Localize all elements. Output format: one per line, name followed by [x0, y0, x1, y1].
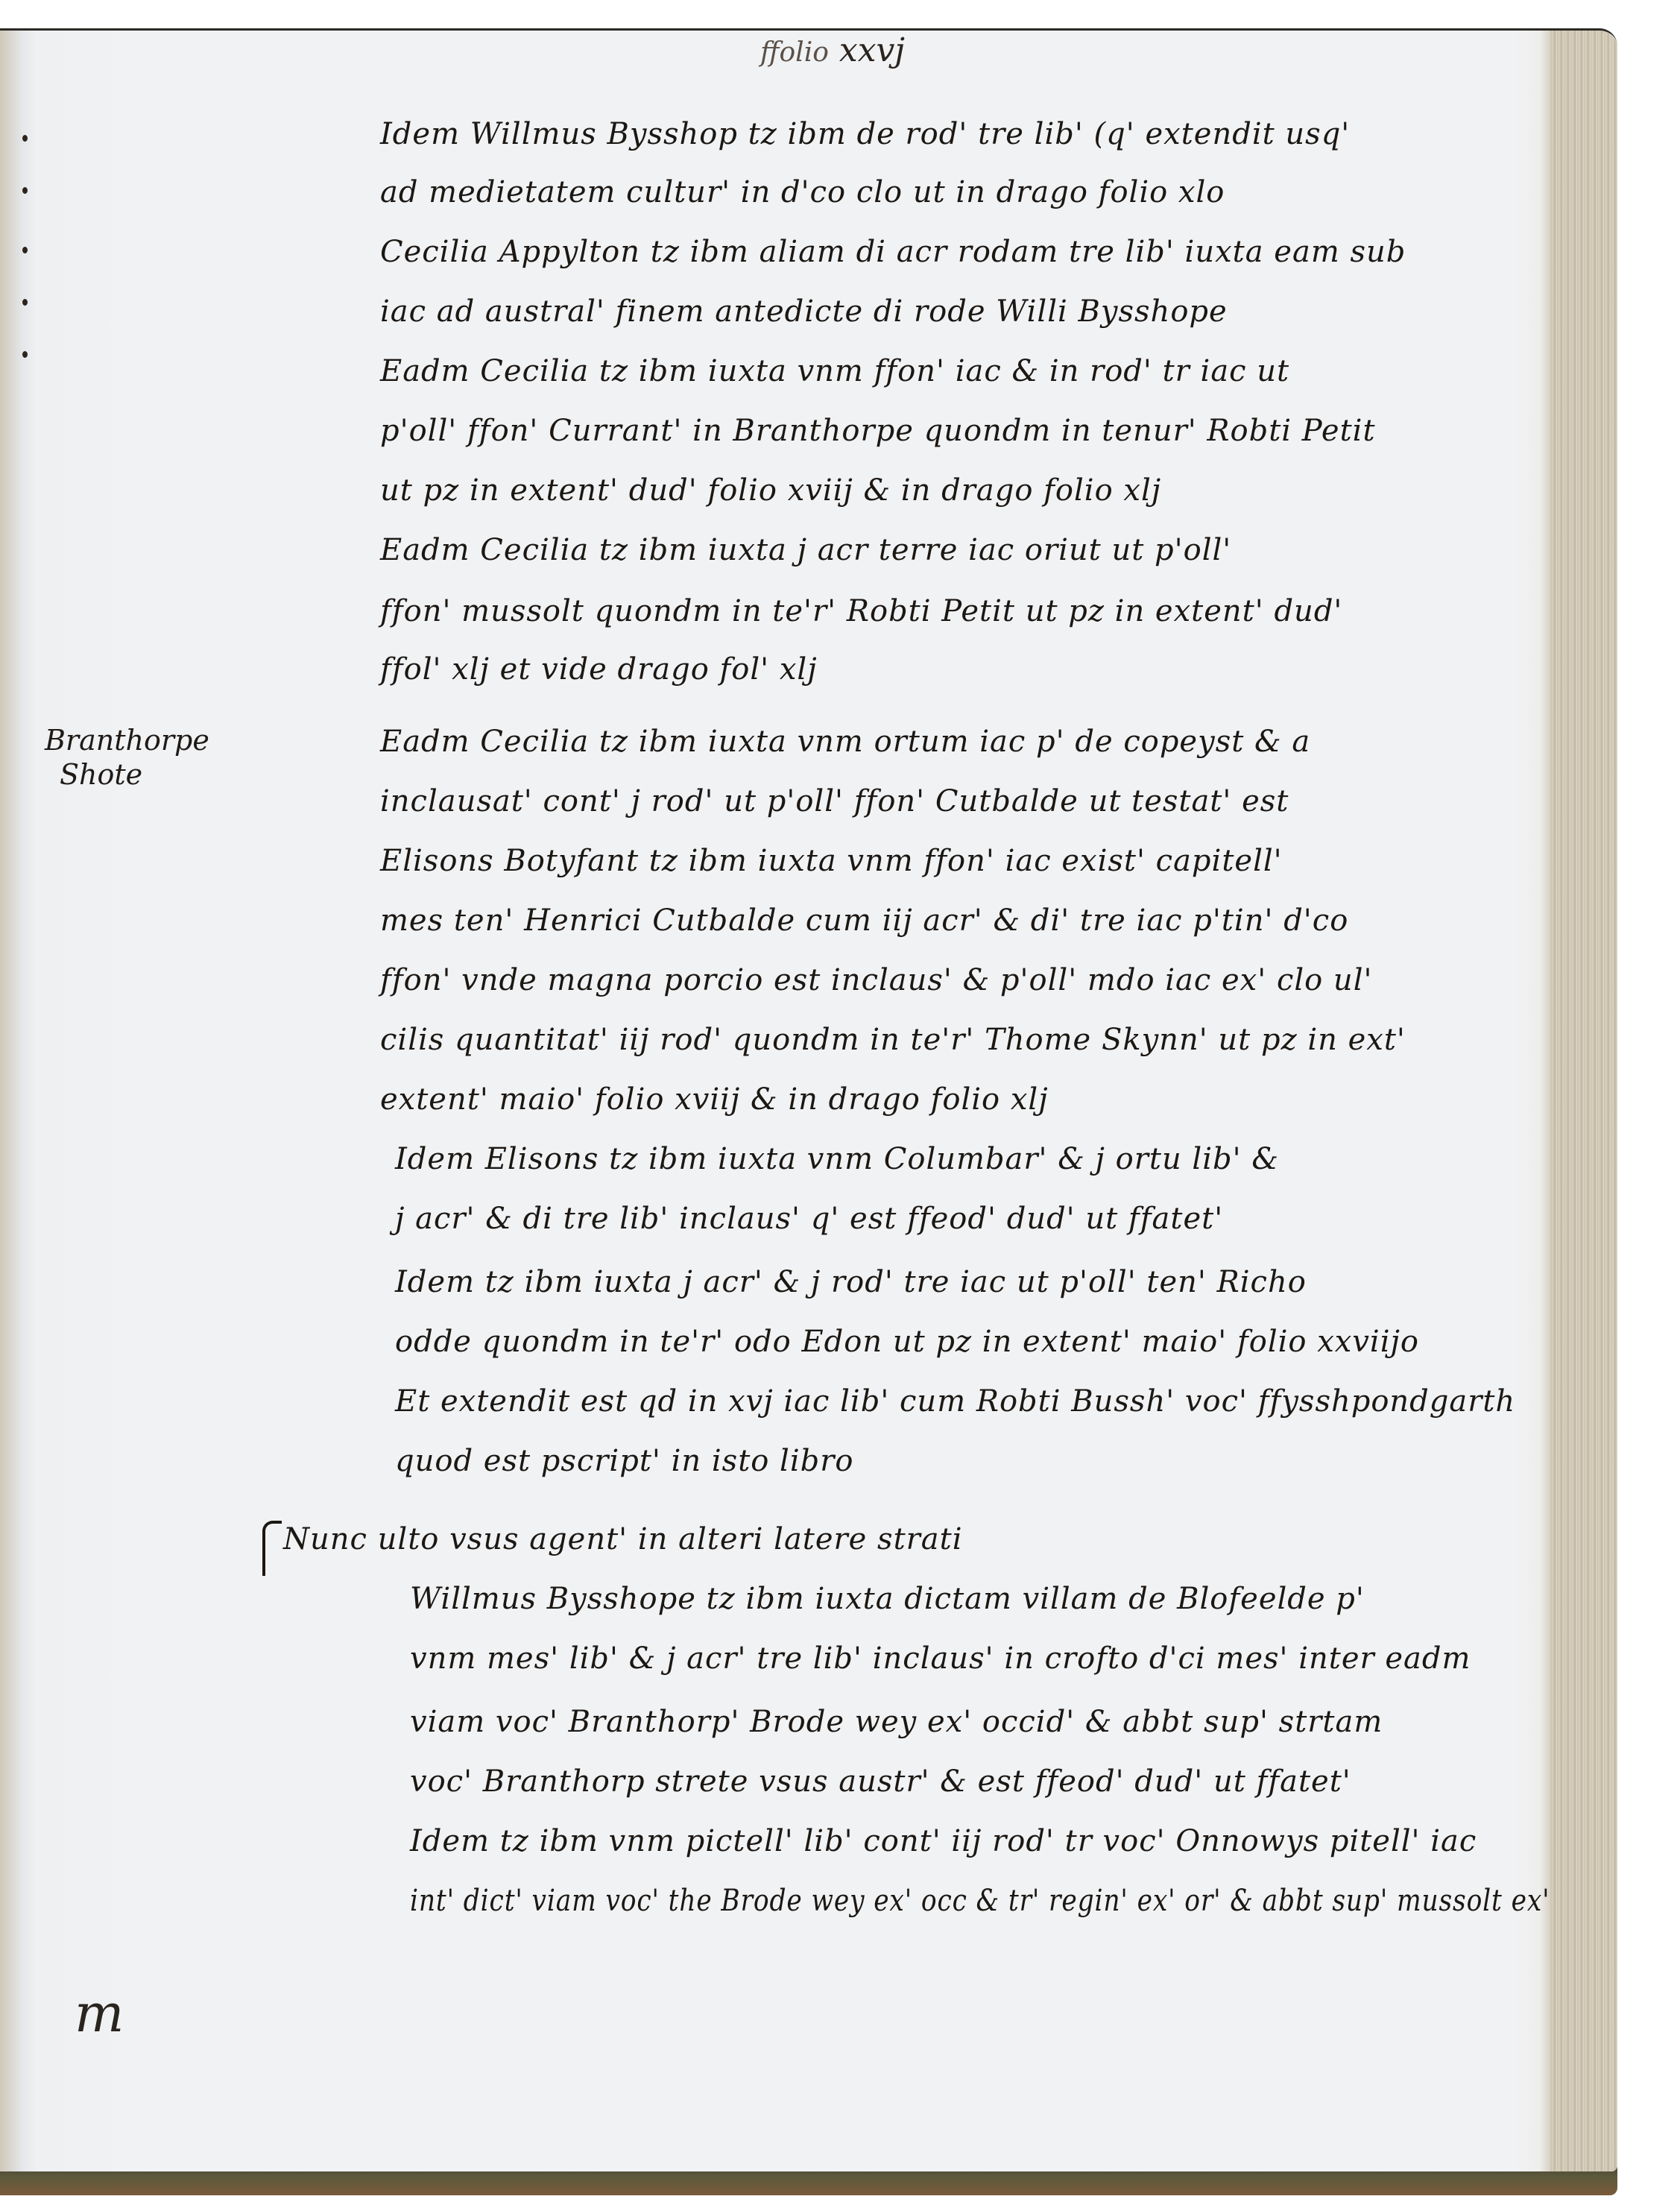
margin-note-line: Branthorpe [45, 723, 209, 757]
binding-hole [22, 187, 28, 194]
page-edges [1550, 31, 1617, 2171]
text-line: mes ten' Henrici Cutbalde cum iij acr' &… [380, 906, 1348, 936]
text-line: ad medietatem cultur' in d'co clo ut in … [380, 177, 1225, 207]
text-line: ut pz in extent' dud' folio xviij & in d… [380, 476, 1161, 505]
text-line: Willmus Bysshope tz ibm iuxta dictam vil… [410, 1584, 1365, 1614]
text-line: j acr' & di tre lib' inclaus' q' est ffe… [395, 1204, 1223, 1234]
text-line: Eadm Cecilia tz ibm iuxta vnm ortum iac … [380, 727, 1310, 757]
section-bracket-mark [262, 1521, 282, 1576]
text-line: extent' maio' folio xviij & in drago fol… [380, 1085, 1049, 1114]
text-line: Et extendit est qd in xvj iac lib' cum R… [395, 1387, 1515, 1416]
text-line: Idem Elisons tz ibm iuxta vnm Columbar' … [395, 1144, 1279, 1174]
text-line: viam voc' Branthorp' Brode wey ex' occid… [410, 1707, 1383, 1737]
text-line: cilis quantitat' iij rod' quondm in te'r… [380, 1025, 1406, 1055]
text-line: Eadm Cecilia tz ibm iuxta vnm ffon' iac … [380, 356, 1289, 386]
text-line: iac ad austral' finem antedicte di rode … [380, 297, 1228, 327]
folio-label: ffolio [760, 37, 829, 68]
text-line: int' dict' viam voc' the Brode wey ex' o… [410, 1886, 1550, 1916]
text-line: ffol' xlj et vide drago fol' xlj [380, 654, 818, 684]
folio-number: xxvj [839, 31, 905, 69]
section-heading-line: Nunc ulto vsus agent' in alteri latere s… [283, 1524, 962, 1554]
text-line: p'oll' ffon' Currant' in Branthorpe quon… [380, 416, 1376, 446]
text-line: voc' Branthorp strete vsus austr' & est … [410, 1767, 1351, 1797]
text-line: ffon' mussolt quondm in te'r' Robti Peti… [380, 596, 1342, 626]
binding-hole [22, 299, 28, 306]
text-line: odde quondm in te'r' odo Edon ut pz in e… [395, 1327, 1419, 1357]
text-line: Cecilia Appylton tz ibm aliam di acr rod… [380, 237, 1406, 267]
text-line: Idem Willmus Bysshop tz ibm de rod' tre … [380, 119, 1350, 149]
binding-hole [22, 135, 28, 142]
margin-note-line: Shote [45, 757, 209, 792]
text-line: vnm mes' lib' & j acr' tre lib' inclaus'… [410, 1644, 1471, 1674]
text-line: Idem tz ibm iuxta j acr' & j rod' tre ia… [395, 1267, 1307, 1297]
text-line: Idem tz ibm vnm pictell' lib' cont' iij … [410, 1826, 1477, 1856]
text-line: inclausat' cont' j rod' ut p'oll' ffon' … [380, 786, 1289, 816]
text-line: ffon' vnde magna porcio est inclaus' & p… [380, 965, 1372, 995]
folio-header: ffolio xxvj [760, 31, 905, 69]
text-line: Eadm Cecilia tz ibm iuxta j acr terre ia… [380, 535, 1231, 565]
text-line: Elisons Botyfant tz ibm iuxta vnm ffon' … [380, 846, 1283, 876]
margin-note-place: Branthorpe Shote [45, 723, 209, 792]
binding-hole [22, 247, 28, 253]
binding-hole [22, 351, 28, 358]
signature-mark: m [75, 1983, 124, 2044]
text-line: quod est pscript' in isto libro [395, 1446, 853, 1476]
